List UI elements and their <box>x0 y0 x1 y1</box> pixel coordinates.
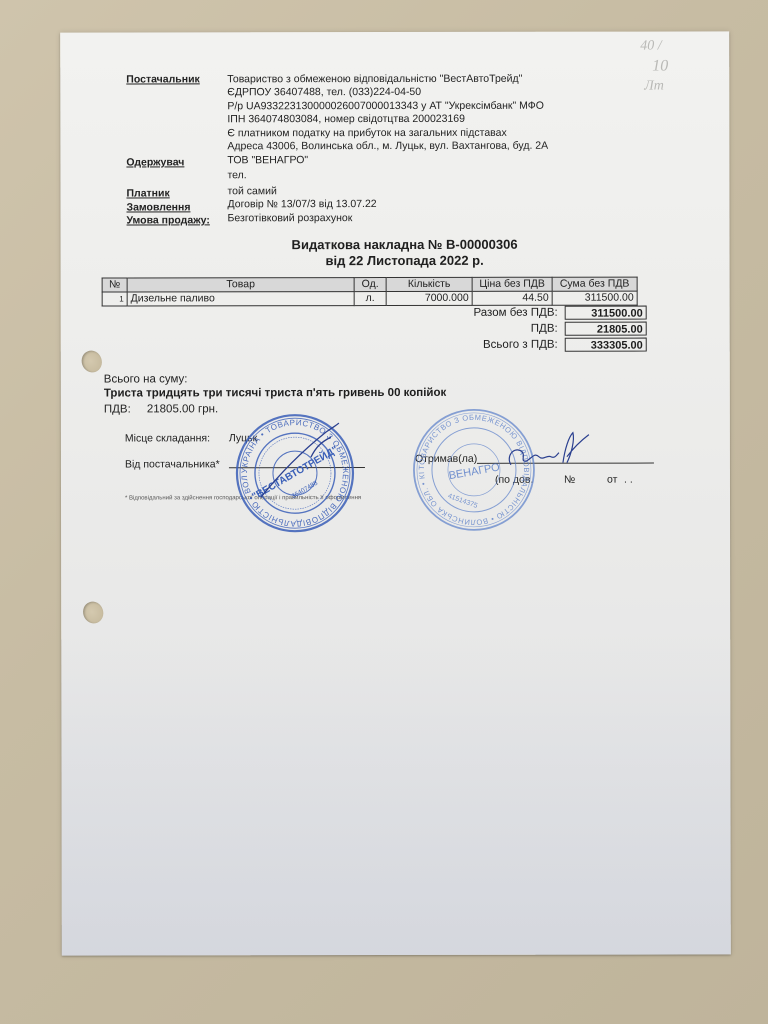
recipient-phone: тел. <box>227 169 246 181</box>
power-from-dots: . . <box>624 474 633 486</box>
supplier-line-4: ІПН 364074803084, номер свідотцтва 20002… <box>227 113 465 125</box>
recipient-stamp-name: ВЕНАГРО <box>448 461 501 482</box>
summary-total-words: Триста тридцять три тисячі триста п'ять … <box>104 387 446 400</box>
summary-total-label: Всього на суму: <box>104 373 188 385</box>
payer-label: Платник <box>126 187 169 199</box>
row-sum: 311500.00 <box>552 291 637 305</box>
row-price: 44.50 <box>472 291 552 305</box>
pencil-note-3: Лт <box>644 80 664 94</box>
row-unit: л. <box>354 292 386 306</box>
subtotal-label: Разом без ПДВ: <box>398 307 558 319</box>
order-label: Замовлення <box>126 201 190 213</box>
supplier-line-3: Р/р UA933223130000026007000013343 у АТ "… <box>227 100 544 113</box>
hole-punch-bottom <box>80 599 106 627</box>
col-unit: Од. <box>354 278 386 292</box>
paper-shadow <box>61 631 731 955</box>
summary-vat-label: ПДВ: <box>104 403 131 415</box>
recipient-label: Одержувач <box>126 156 184 168</box>
row-item: Дизельне паливо <box>127 292 354 306</box>
terms-label: Умова продажу: <box>127 214 210 226</box>
recipient-signature <box>501 427 591 477</box>
payer-value: той самий <box>227 185 276 197</box>
col-price: Ціна без ПДВ <box>472 277 552 291</box>
terms-value: Безготівковий розрахунок <box>228 212 353 224</box>
table-row: 1 Дизельне паливо л. 7000.000 44.50 3115… <box>102 291 637 306</box>
supplier-signature <box>241 417 361 502</box>
supplier-line-6: Адреса 43006, Волинська обл., м. Луцьк, … <box>227 140 548 153</box>
recipient-stamp-code: 41514375 <box>447 493 479 510</box>
pencil-note-1: 40 / <box>640 40 661 54</box>
vat-label: ПДВ: <box>398 323 558 335</box>
col-qty: Кількість <box>386 277 472 291</box>
document-title: Видаткова накладна № В-00000306 <box>255 237 555 253</box>
supplier-line-1: Товариство з обмеженою відповідальністю … <box>227 73 522 86</box>
row-qty: 7000.000 <box>386 291 472 305</box>
summary-vat-value: 21805.00 грн. <box>147 403 218 415</box>
col-no: № <box>102 278 127 292</box>
items-table: № Товар Од. Кількість Ціна без ПДВ Сума … <box>102 277 638 307</box>
row-no: 1 <box>102 292 127 306</box>
supplier-label: Постачальник <box>126 73 200 85</box>
col-sum: Сума без ПДВ <box>552 277 637 291</box>
recipient-name: ТОВ "ВЕНАГРО" <box>227 154 308 166</box>
total-value: 333305.00 <box>565 338 647 352</box>
document-date: від 22 Листопада 2022 р. <box>255 253 555 269</box>
col-item: Товар <box>127 278 354 292</box>
total-label: Всього з ПДВ: <box>398 339 558 351</box>
subtotal-value: 311500.00 <box>565 306 647 320</box>
pencil-note-2: 10 <box>652 59 668 75</box>
supplier-line-2: ЄДРПОУ 36407488, тел. (033)224-04-50 <box>227 86 421 98</box>
order-value: Договір № 13/07/3 від 13.07.22 <box>227 198 376 210</box>
place-label: Місце складання: <box>125 432 210 444</box>
hole-punch-top <box>79 348 105 376</box>
from-supplier-label: Від постачальника* <box>125 458 220 470</box>
power-from-label: от <box>607 474 617 486</box>
supplier-line-5: Є платником податку на прибуток на загал… <box>227 127 506 139</box>
table-header-row: № Товар Од. Кількість Ціна без ПДВ Сума … <box>102 277 637 292</box>
invoice-page: 40 / 10 Лт Постачальник Товариство з обм… <box>60 31 731 955</box>
vat-value: 21805.00 <box>565 322 647 336</box>
